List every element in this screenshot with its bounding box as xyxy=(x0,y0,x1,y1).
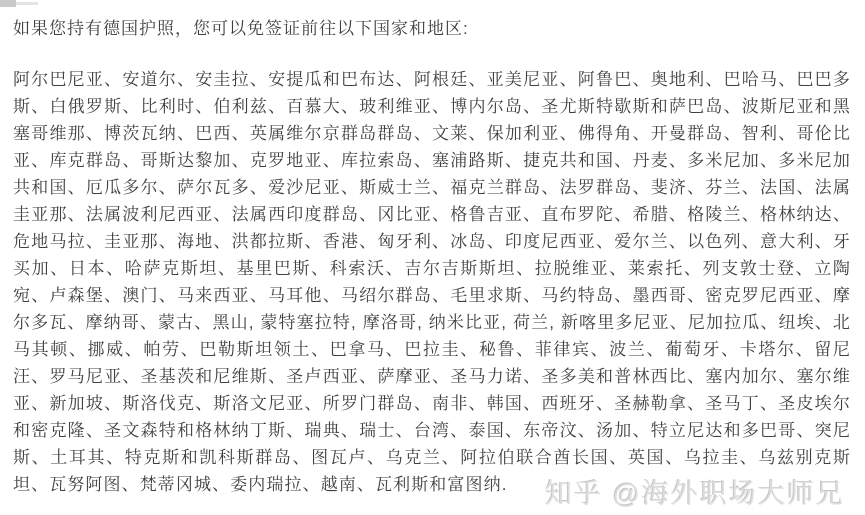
cropped-border-fragment xyxy=(0,0,16,7)
article-page: 如果您持有德国护照，您可以免签证前往以下国家和地区: 阿尔巴尼亚、安道尔、安圭拉… xyxy=(0,0,865,515)
article-body: 如果您持有德国护照，您可以免签证前往以下国家和地区: 阿尔巴尼亚、安道尔、安圭拉… xyxy=(13,17,851,498)
intro-text: 如果您持有德国护照，您可以免签证前往以下国家和地区: xyxy=(13,17,851,40)
visa-free-country-list: 阿尔巴尼亚、安道尔、安圭拉、安提瓜和巴布达、阿根廷、亚美尼亚、阿鲁巴、奥地利、巴… xyxy=(13,66,851,498)
cropped-border-fragment-thin xyxy=(16,2,38,5)
